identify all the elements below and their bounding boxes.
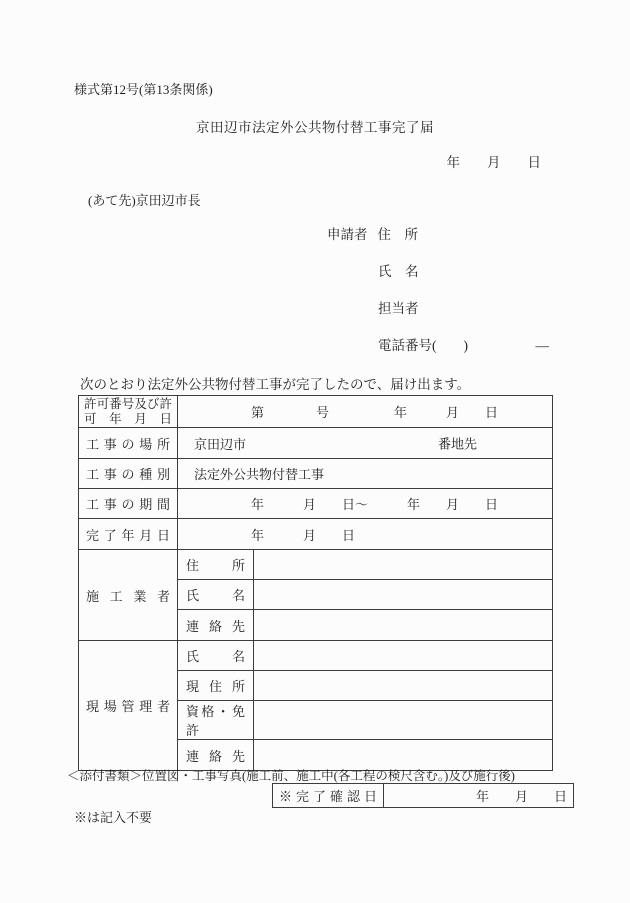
contractor-name-label: 氏名 xyxy=(186,585,245,604)
work-type-value-cell: 法定外公共物付替工事 xyxy=(178,459,553,489)
contractor-address-value-cell xyxy=(254,550,553,580)
completion-date-label-cell: 完了年月日 xyxy=(79,519,178,550)
work-type-label: 工事の種別 xyxy=(86,464,170,483)
work-location-value-cell: 京田辺市 番地先 xyxy=(178,428,553,459)
completion-date-label: 完了年月日 xyxy=(86,525,170,544)
footnote: ※は記入不要 xyxy=(74,807,152,826)
site-manager-group-label-cell: 現場管理者 xyxy=(79,641,178,771)
completion-date-value-cell: 年 月 日 xyxy=(178,519,553,550)
site-manager-address-label-cell: 現住所 xyxy=(178,671,254,701)
work-period-label-cell: 工事の期間 xyxy=(79,489,178,519)
confirm-date-value-cell: 年 月 日 xyxy=(384,784,574,808)
site-manager-address-value-cell xyxy=(254,671,553,701)
confirm-date-label-cell: ※完了確認日 xyxy=(273,784,384,808)
applicant-address-label: 住 所 xyxy=(378,227,419,242)
applicant-name-label: 氏 名 xyxy=(378,265,549,279)
contractor-name-value-cell xyxy=(254,580,553,610)
permit-number-label-line1: 許可番号及び許 xyxy=(84,397,172,412)
contractor-address-label: 住所 xyxy=(186,555,245,574)
permit-number-label-line2: 可年月日 xyxy=(84,412,172,427)
applicant-block: 申請者住 所 氏 名 担当者 電話番号( ) ― xyxy=(327,228,549,376)
permit-number-value-cell: 第 号 年 月 日 xyxy=(178,396,553,428)
work-period-label: 工事の期間 xyxy=(86,494,170,513)
completion-confirm-table: ※完了確認日 年 月 日 xyxy=(272,783,574,808)
site-manager-name-label: 氏名 xyxy=(186,646,245,665)
contractor-address-label-cell: 住所 xyxy=(178,550,254,580)
work-location-banchi: 番地先 xyxy=(438,434,477,453)
addressee: (あて先)京田辺市長 xyxy=(88,190,201,209)
work-location-label: 工事の場所 xyxy=(86,434,170,453)
contractor-group-label: 施工業者 xyxy=(86,586,170,605)
completion-form-table: 許可番号及び許 可年月日 第 号 年 月 日 工事の場所 京田辺市 番地先 工事… xyxy=(78,395,553,771)
submission-date-line: 年 月 日 xyxy=(0,151,630,171)
work-type-label-cell: 工事の種別 xyxy=(79,459,178,489)
confirm-date-label: ※完了確認日 xyxy=(279,786,377,805)
contractor-contact-label-cell: 連絡先 xyxy=(178,610,254,641)
site-manager-license-value-cell xyxy=(254,701,553,740)
work-location-label-cell: 工事の場所 xyxy=(79,428,178,459)
site-manager-name-label-cell: 氏名 xyxy=(178,641,254,671)
work-period-value-cell: 年 月 日～ 年 月 日 xyxy=(178,489,553,519)
site-manager-license-label-cell: 資格・免許 xyxy=(178,701,254,740)
contractor-contact-value-cell xyxy=(254,610,553,641)
form-number: 様式第12号(第13条関係) xyxy=(74,79,213,98)
site-manager-name-value-cell xyxy=(254,641,553,671)
site-manager-contact-label: 連絡先 xyxy=(186,746,245,765)
contractor-contact-label: 連絡先 xyxy=(186,616,245,635)
applicant-phone-label: 電話番号( ) ― xyxy=(378,339,549,353)
attachment-note: ＜添付書類＞位置図・工事写真(施工前、施工中(各工程の検尺含む。)及び施行後) xyxy=(67,766,515,784)
applicant-address-line: 申請者住 所 xyxy=(327,228,549,242)
page-title: 京田辺市法定外公共物付替工事完了届 xyxy=(0,116,630,136)
contractor-group-label-cell: 施工業者 xyxy=(79,550,178,641)
contractor-name-label-cell: 氏名 xyxy=(178,580,254,610)
form-document-page: { "page": { "form_number": "様式第12号(第13条関… xyxy=(0,0,630,903)
applicant-label: 申請者 xyxy=(327,227,368,242)
permit-number-label-cell: 許可番号及び許 可年月日 xyxy=(79,396,178,428)
statement-line: 次のとおり法定外公共物付替工事が完了したので、届け出ます。 xyxy=(80,373,470,393)
site-manager-address-label: 現住所 xyxy=(186,676,245,695)
applicant-contact-person-label: 担当者 xyxy=(378,302,549,316)
site-manager-license-label: 資格・免許 xyxy=(186,701,245,739)
site-manager-group-label: 現場管理者 xyxy=(86,696,170,715)
work-location-city: 京田辺市 xyxy=(194,437,246,452)
